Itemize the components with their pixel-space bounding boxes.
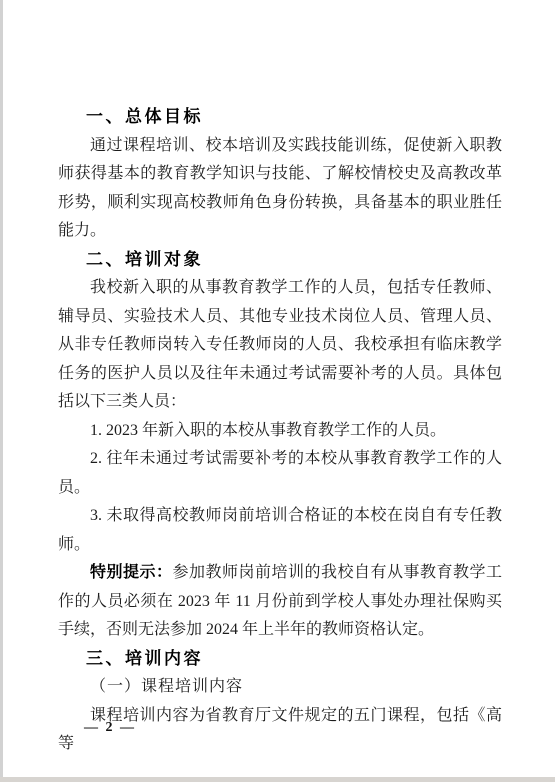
section-paragraph-training-targets: 我校新入职的从事教育教学工作的人员，包括专任教师、辅导员、实验技术人员、其他专业… <box>58 274 502 417</box>
list-item-1: 1. 2023 年新入职的本校从事教育教学工作的人员。 <box>58 417 502 446</box>
document-content: 一、总体目标 通过课程培训、校本培训及实践技能训练，促使新入职教师获得基本的教育… <box>58 103 502 759</box>
subsection-heading-course-content: （一）课程培训内容 <box>58 673 502 702</box>
section-heading-training-content: 三、培训内容 <box>58 645 502 674</box>
page-number: — 2 — <box>84 720 136 736</box>
section-paragraph-overall-goal: 通过课程培训、校本培训及实践技能训练，促使新入职教师获得基本的教育教学知识与技能… <box>58 132 502 246</box>
list-item-2: 2. 往年未通过考试需要补考的本校从事教育教学工作的人员。 <box>58 445 502 502</box>
page-edge-bottom <box>0 777 555 782</box>
list-item-3: 3. 未取得高校教师岗前培训合格证的本校在岗自有专任教师。 <box>58 502 502 559</box>
document-page: 一、总体目标 通过课程培训、校本培训及实践技能训练，促使新入职教师获得基本的教育… <box>0 0 555 782</box>
special-notice-label: 特别提示： <box>90 564 173 581</box>
page-edge-left <box>0 0 3 782</box>
special-notice: 特别提示：参加教师岗前培训的我校自有从事教育教学工作的人员必须在 2023 年 … <box>58 559 502 645</box>
section-heading-training-targets: 二、培训对象 <box>58 246 502 275</box>
section-heading-overall-goal: 一、总体目标 <box>58 103 502 132</box>
